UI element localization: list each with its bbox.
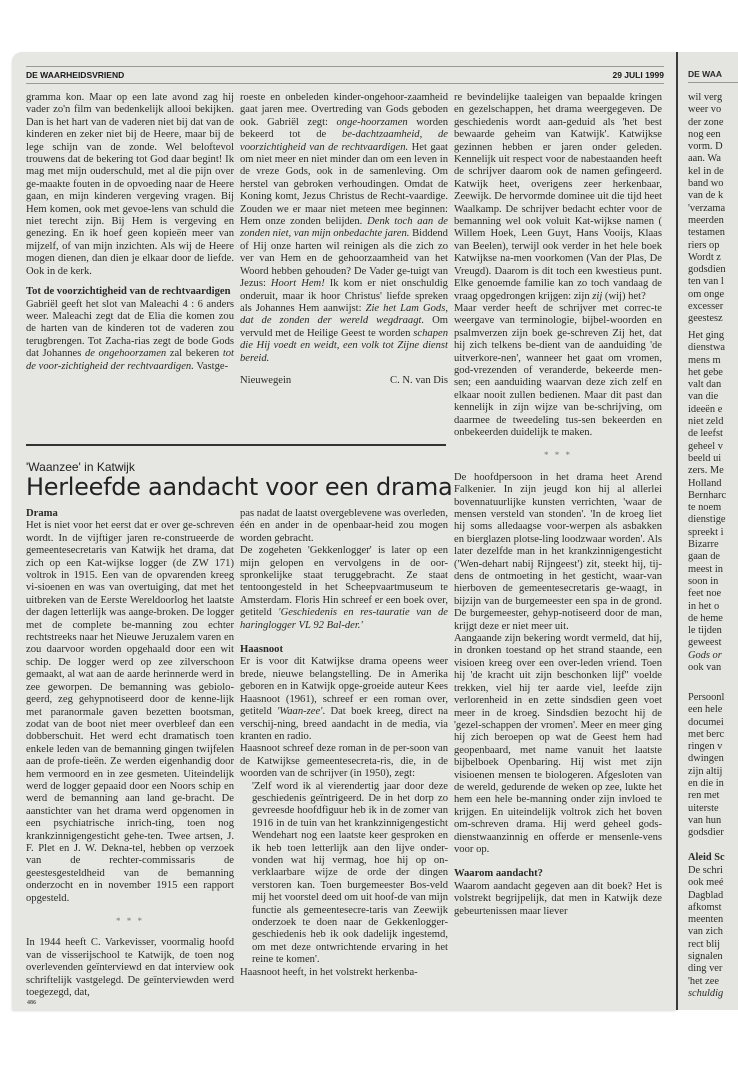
- block-quote: 'Zelf word ik al vierendertig jaar door …: [240, 781, 448, 967]
- text-line: Dagblad: [688, 890, 738, 902]
- paragraph: Het is niet voor het eerst dat er over g…: [26, 520, 234, 905]
- author-name: C. N. van Dis: [390, 375, 448, 387]
- text-line: vorm. D: [688, 141, 738, 153]
- section-divider: * * *: [26, 915, 234, 927]
- text-line: feet noe: [688, 588, 738, 600]
- text-line: ren met: [688, 790, 738, 802]
- paragraph: Haasnoot schreef deze roman in de per-so…: [240, 743, 448, 780]
- text-line: soon in: [688, 576, 738, 588]
- text-line: Holland: [688, 478, 738, 490]
- paragraph: pas nadat de laatst overgeblevene was ov…: [240, 508, 448, 545]
- page-number: 486: [27, 1000, 36, 1006]
- issue-date: 29 JULI 1999: [612, 67, 664, 83]
- text-line: riers op: [688, 240, 738, 252]
- text-line: band wo: [688, 178, 738, 190]
- text-line: van die: [688, 391, 738, 403]
- text-line: documei: [688, 717, 738, 729]
- paragraph: De hoofdpersoon in het drama heet Arend …: [454, 472, 662, 633]
- section-subheading: Haasnoot: [240, 644, 448, 656]
- text-line: Bizarre: [688, 539, 738, 551]
- article-kicker: 'Waanzee' in Katwijk: [26, 460, 135, 474]
- text-line: aan. Wa: [688, 153, 738, 165]
- text-line: weer vo: [688, 104, 738, 116]
- right-page-text-block-1: wil vergweer voder zonenog eenvorm. Daan…: [688, 92, 738, 326]
- text-line: meest in: [688, 564, 738, 576]
- author-signoff: Nieuwegein C. N. van Dis: [240, 375, 448, 387]
- text-line: 'verzama: [688, 203, 738, 215]
- paragraph: gramma kon. Maar op een late avond zag h…: [26, 92, 234, 278]
- masthead: DE WAARHEIDSVRIEND 29 JULI 1999: [26, 66, 664, 84]
- text-line: ringen v: [688, 741, 738, 753]
- right-page-text-block-3: Persoonleen heledocumeimet bercringen vd…: [688, 692, 738, 840]
- paragraph: re bevindelijke taaleigen van bepaalde k…: [454, 92, 662, 303]
- lower-article-column-1: Drama Het is niet voor het eerst dat er …: [26, 508, 234, 999]
- text-line: ideeën e: [688, 404, 738, 416]
- paragraph: Maar verder heeft de schrijver met corre…: [454, 303, 662, 439]
- text-line: le tijden: [688, 625, 738, 637]
- article-divider-rule: [26, 444, 446, 446]
- section-subheading: Drama: [26, 508, 234, 520]
- text-line: te noem: [688, 502, 738, 514]
- upper-article-column-2: roeste en onbeleden kinder-ongehoor-zaam…: [240, 92, 448, 387]
- text-line: afkomst: [688, 902, 738, 914]
- text-line: van de k: [688, 190, 738, 202]
- text-line: schuldig: [688, 988, 738, 1000]
- text-line: 'het zee: [688, 976, 738, 988]
- text-line: mens m: [688, 355, 738, 367]
- right-page-text-block-4: De schriook meéDagbladafkomstmeentenvan …: [688, 865, 738, 1000]
- text-line: om onge: [688, 289, 738, 301]
- text-line: De schri: [688, 865, 738, 877]
- text-line: godsdier: [688, 827, 738, 839]
- paragraph: Haasnoot heeft, in het volstrekt herkenb…: [240, 967, 448, 979]
- masthead-partial: DE WAA: [688, 66, 738, 83]
- text-line: Het ging: [688, 330, 738, 342]
- magazine-page-left: DE WAARHEIDSVRIEND 29 JULI 1999 gramma k…: [12, 52, 676, 1010]
- text-line: valt dan: [688, 379, 738, 391]
- text-line: beeld ui: [688, 453, 738, 465]
- section-subheading: Tot de voorzichtigheid van de rechtvaard…: [26, 286, 234, 298]
- text-line: der zone: [688, 117, 738, 129]
- text-line: dienstwa: [688, 342, 738, 354]
- paragraph: roeste en onbeleden kinder-ongehoor-zaam…: [240, 92, 448, 365]
- text-line: geheel v: [688, 441, 738, 453]
- text-line: Gods or: [688, 650, 738, 662]
- right-page-subheading: Aleid Sc: [688, 852, 738, 864]
- publication-name: DE WAARHEIDSVRIEND: [26, 67, 124, 83]
- text-line: de heme: [688, 613, 738, 625]
- lower-article-column-2: pas nadat de laatst overgeblevene was ov…: [240, 508, 448, 979]
- paragraph: Waarom aandacht gegeven aan dit boek? He…: [454, 881, 662, 918]
- text-line: Persoonl: [688, 692, 738, 704]
- text-line: niet zeld: [688, 416, 738, 428]
- text-line: rect blij: [688, 939, 738, 951]
- article-headline: Herleefde aandacht voor een drama: [26, 473, 452, 501]
- text-line: een hele: [688, 704, 738, 716]
- text-line: ding ver: [688, 963, 738, 975]
- magazine-page-right-partial: DE WAA wil vergweer voder zonenog eenvor…: [676, 52, 738, 1010]
- text-line: de leefst: [688, 428, 738, 440]
- upper-article-column-1: gramma kon. Maar op een late avond zag h…: [26, 92, 234, 373]
- text-line: wil verg: [688, 92, 738, 104]
- text-line: excesser: [688, 301, 738, 313]
- text-line: dwingen: [688, 753, 738, 765]
- text-line: godsdien: [688, 264, 738, 276]
- section-subheading: Waarom aandacht?: [454, 868, 662, 880]
- text-line: kel in de: [688, 166, 738, 178]
- author-location: Nieuwegein: [240, 375, 291, 387]
- paragraph: De zogeheten 'Gekkenlogger' is later op …: [240, 545, 448, 632]
- paragraph: In 1944 heeft C. Varkevisser, voormalig …: [26, 937, 234, 999]
- text-line: Bernharc: [688, 490, 738, 502]
- text-line: dienstige: [688, 514, 738, 526]
- text-line: nog een: [688, 129, 738, 141]
- text-line: uiterste: [688, 803, 738, 815]
- text-line: en die in: [688, 778, 738, 790]
- text-line: zijn altij: [688, 766, 738, 778]
- section-divider: * * *: [454, 449, 662, 461]
- text-line: gaan de: [688, 551, 738, 563]
- text-line: zers. Me: [688, 465, 738, 477]
- text-line: ook meé: [688, 877, 738, 889]
- text-line: van zich: [688, 926, 738, 938]
- text-line: geestesz: [688, 313, 738, 325]
- text-line: geweest: [688, 637, 738, 649]
- text-line: spreekt i: [688, 527, 738, 539]
- text-line: met berc: [688, 729, 738, 741]
- text-line: in het o: [688, 601, 738, 613]
- text-line: testamen: [688, 227, 738, 239]
- text-line: het gebe: [688, 367, 738, 379]
- text-line: ook van: [688, 662, 738, 674]
- right-page-text-block-2: Het gingdienstwamens mhet gebevalt danva…: [688, 330, 738, 674]
- text-line: van hun: [688, 815, 738, 827]
- paragraph: Gabriël geeft het slot van Maleachi 4 : …: [26, 299, 234, 373]
- text-line: Wordt z: [688, 252, 738, 264]
- text-line: meerden: [688, 215, 738, 227]
- text-line: meenten: [688, 914, 738, 926]
- text-line: ten van l: [688, 276, 738, 288]
- text-line: signalen: [688, 951, 738, 963]
- paragraph: Aangaande zijn bekering wordt vermeld, d…: [454, 633, 662, 856]
- paragraph: Er is voor dit Katwijkse drama opeens we…: [240, 656, 448, 743]
- article-column-3: re bevindelijke taaleigen van bepaalde k…: [454, 92, 662, 918]
